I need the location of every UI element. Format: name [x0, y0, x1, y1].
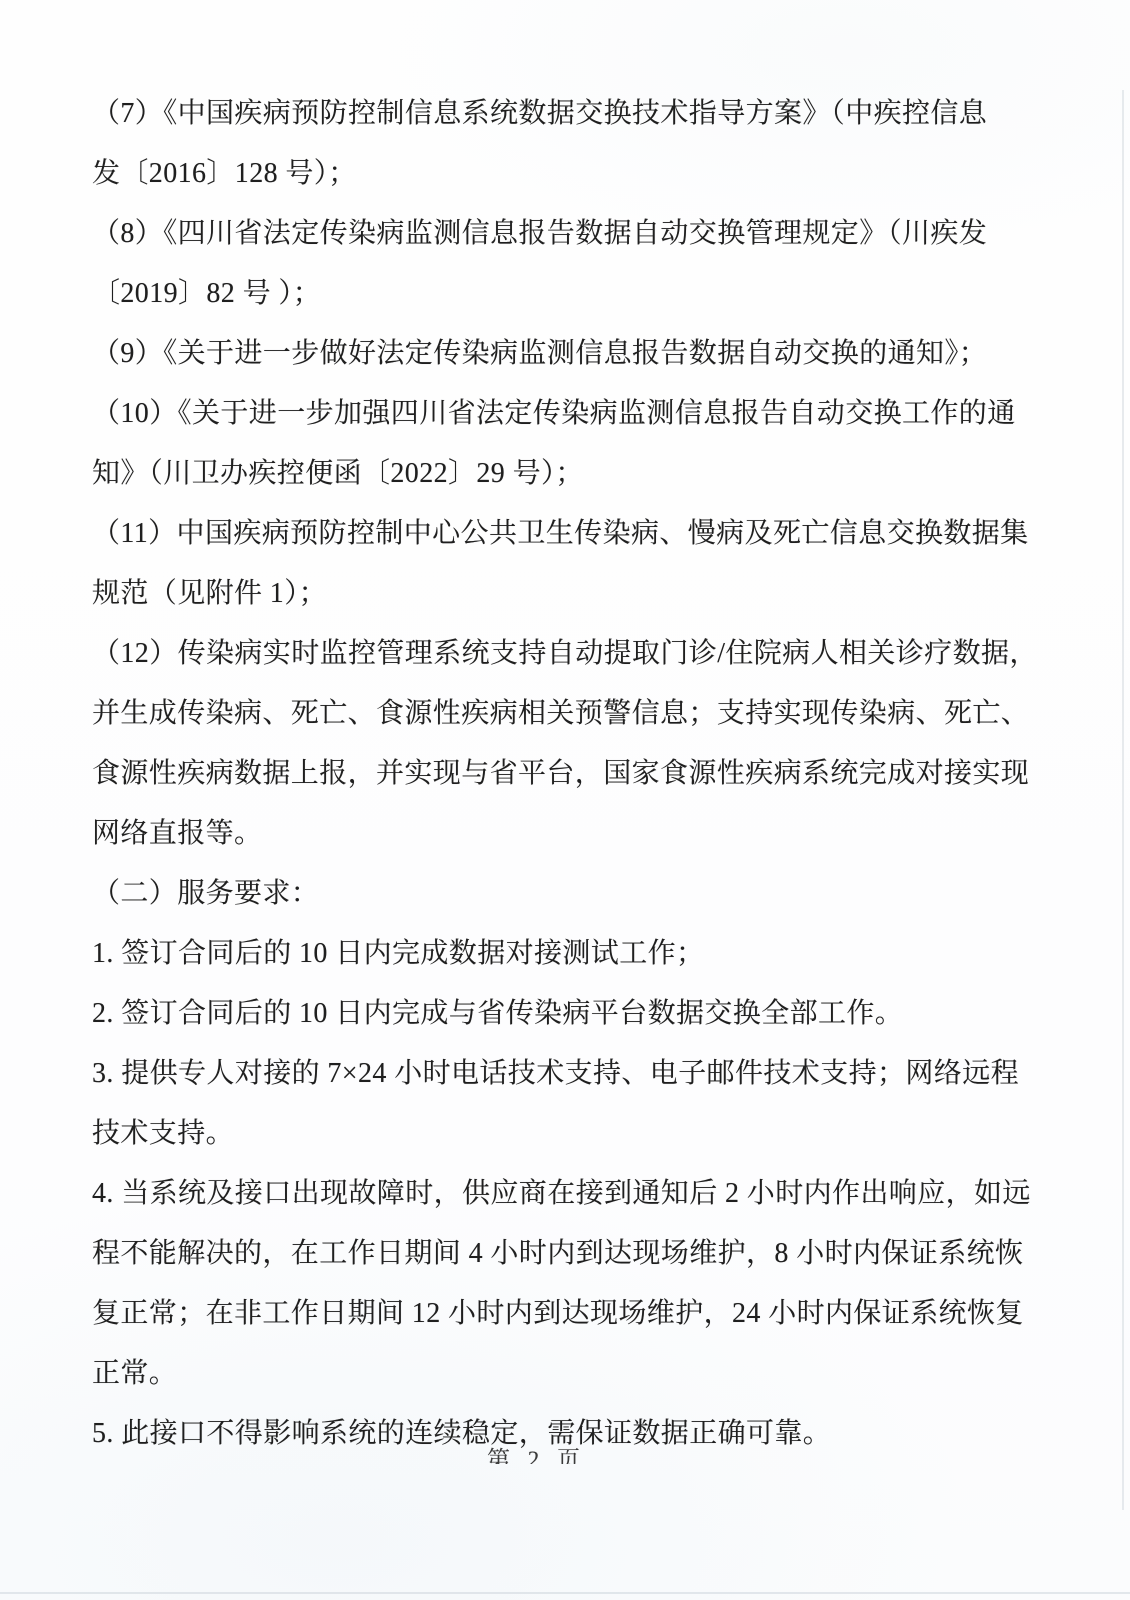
- text-line: 发〔2016〕128 号）；: [92, 144, 1042, 204]
- text-line: 3. 提供专人对接的 7×24 小时电话技术支持、电子邮件技术支持；网络远程: [92, 1044, 1042, 1104]
- text-line: 〔2019〕82 号 ）；: [92, 264, 1042, 324]
- text-line: （7）《中国疾病预防控制信息系统数据交换技术指导方案》（中疾控信息: [92, 84, 1042, 144]
- text-line: （10）《关于进一步加强四川省法定传染病监测信息报告自动交换工作的通: [92, 384, 1042, 444]
- text-line: （8）《四川省法定传染病监测信息报告数据自动交换管理规定》（川疾发: [92, 204, 1042, 264]
- text-line: 网络直报等。: [92, 804, 1042, 864]
- text-line: 知》（川卫办疾控便函〔2022〕29 号）；: [92, 444, 1042, 504]
- text-line: 并生成传染病、死亡、食源性疾病相关预警信息；支持实现传染病、死亡、: [92, 684, 1042, 744]
- text-line: 程不能解决的，在工作日期间 4 小时内到达现场维护，8 小时内保证系统恢: [92, 1224, 1042, 1284]
- document-body: （7）《中国疾病预防控制信息系统数据交换技术指导方案》（中疾控信息发〔2016〕…: [92, 84, 1042, 1464]
- text-line: （12）传染病实时监控管理系统支持自动提取门诊/住院病人相关诊疗数据，: [92, 624, 1042, 684]
- text-line: 技术支持。: [92, 1104, 1042, 1164]
- text-line: （二）服务要求：: [92, 864, 1042, 924]
- text-line: 规范（见附件 1）；: [92, 564, 1042, 624]
- text-line: 1. 签订合同后的 10 日内完成数据对接测试工作；: [92, 924, 1042, 984]
- page-footer: 第 2 页: [487, 1447, 607, 1464]
- document-page: （7）《中国疾病预防控制信息系统数据交换技术指导方案》（中疾控信息发〔2016〕…: [0, 0, 1130, 1600]
- text-line: 2. 签订合同后的 10 日内完成与省传染病平台数据交换全部工作。: [92, 984, 1042, 1044]
- text-line: 食源性疾病数据上报，并实现与省平台，国家食源性疾病系统完成对接实现: [92, 744, 1042, 804]
- scan-edge-right: [1122, 90, 1124, 1510]
- text-line: （11）中国疾病预防控制中心公共卫生传染病、慢病及死亡信息交换数据集: [92, 504, 1042, 564]
- scan-edge-bottom: [0, 1592, 1130, 1594]
- text-line: （9）《关于进一步做好法定传染病监测信息报告数据自动交换的通知》；: [92, 324, 1042, 384]
- text-line: 复正常；在非工作日期间 12 小时内到达现场维护，24 小时内保证系统恢复: [92, 1284, 1042, 1344]
- text-line: 4. 当系统及接口出现故障时，供应商在接到通知后 2 小时内作出响应，如远: [92, 1164, 1042, 1224]
- text-line: 正常。: [92, 1344, 1042, 1404]
